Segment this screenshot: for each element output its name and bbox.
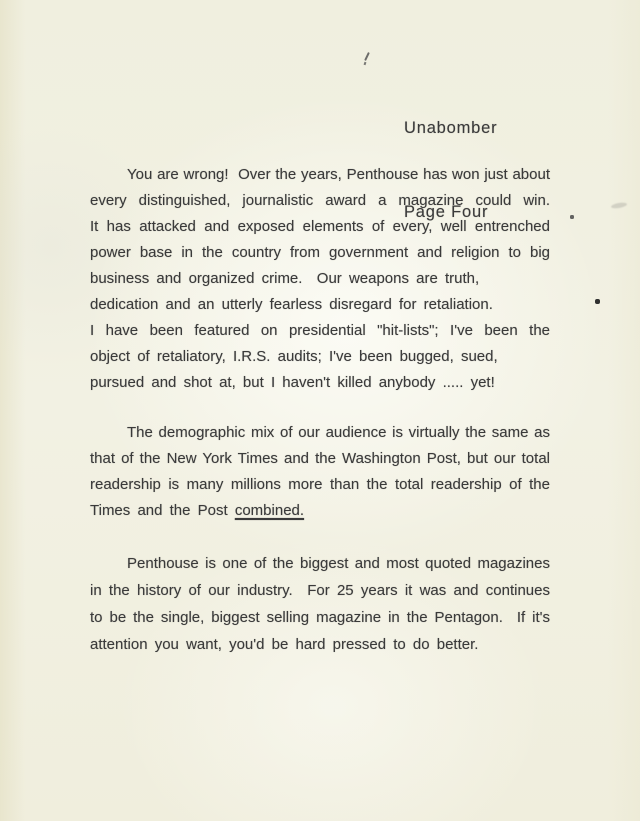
underlined-word: combined. [235, 502, 304, 519]
text-line: Penthouse is one of the biggest and most… [90, 550, 550, 577]
scanned-letter-page: Unabomber Page Four You are wrong! Over … [0, 0, 640, 821]
text-line: in the history of our industry. For 25 y… [90, 577, 550, 604]
paragraph-2: The demographic mix of our audience is v… [90, 420, 550, 524]
text-line: business and organized crime. Our weapon… [90, 266, 550, 292]
paragraph-1: You are wrong! Over the years, Penthouse… [90, 162, 550, 396]
text-line: The demographic mix of our audience is v… [90, 420, 550, 446]
text-line: that of the New York Times and the Washi… [90, 446, 550, 472]
ink-speck-large [595, 299, 600, 304]
text-line: I have been featured on presidential "hi… [90, 318, 550, 344]
paragraph-3: Penthouse is one of the biggest and most… [90, 550, 550, 658]
text-segment: Times and the Post [90, 502, 235, 519]
text-line: dedication and an utterly fearless disre… [90, 292, 550, 318]
ink-speck-small [570, 215, 574, 219]
text-line: to be the single, biggest selling magazi… [90, 604, 550, 631]
pencil-smudge [611, 202, 628, 210]
text-line: pursued and shot at, but I haven't kille… [90, 370, 550, 396]
header-addressee: Unabomber [404, 114, 497, 142]
text-line: You are wrong! Over the years, Penthouse… [90, 162, 550, 188]
text-line: attention you want, you'd be hard presse… [90, 631, 550, 658]
text-line: Times and the Post combined. [90, 498, 550, 524]
stray-pen-mark [364, 52, 370, 61]
text-line: every distinguished, journalistic award … [90, 188, 550, 214]
text-line: power base in the country from governmen… [90, 240, 550, 266]
text-line: object of retaliatory, I.R.S. audits; I'… [90, 344, 550, 370]
stray-pen-mark-dot [364, 62, 367, 65]
text-line: readership is many millions more than th… [90, 472, 550, 498]
text-line: It has attacked and exposed elements of … [90, 214, 550, 240]
